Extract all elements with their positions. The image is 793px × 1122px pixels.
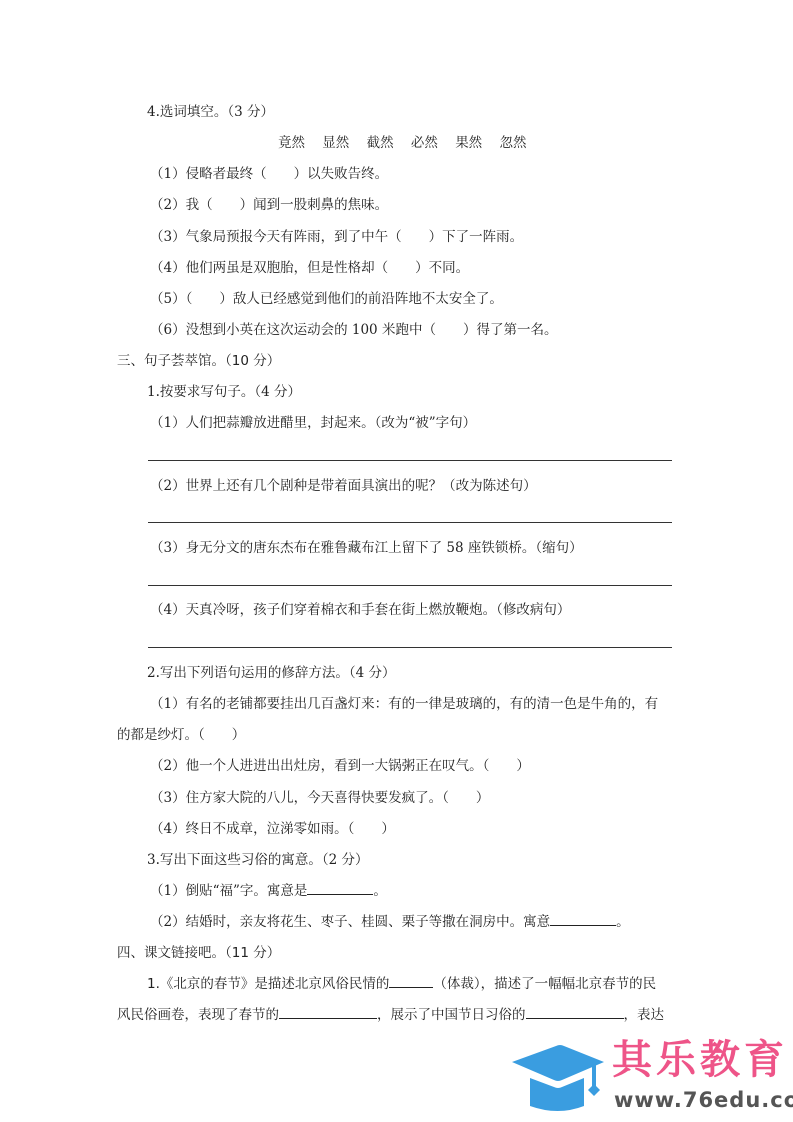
q4-title: 4.选词填空。（3 分） [147,103,274,121]
s3-q3-item-2: （2）结婚时，亲友将花生、枣子、桂圆、栗子等撒在洞房中。寓意。 [150,913,630,931]
s3-q3-item-1-text: （1）倒贴“福”字。寓意是 [150,883,307,899]
graduation-cap-icon [508,1040,608,1120]
section-3-title: 三、句子荟萃馆。（10 分） [117,352,280,370]
s3-q1-item-3: （3）身无分文的唐东杰布在雅鲁藏布江上留下了 58 座铁锁桥。（缩句） [150,539,583,557]
s4-q1-text-2: （体裁），描述了一幅幅北京春节的民 [433,976,656,992]
word-option: 必然 [411,134,438,152]
s3-q2-item-1-line-2: 的都是纱灯。（ ） [117,726,245,744]
s4-q1-line-2: 风民俗画卷，表现了春节的，展示了中国节日习俗的，表达 [117,1006,664,1024]
brand-name: 其乐教育 [612,1038,788,1082]
word-bank: 竟然 显然 截然 必然 果然 忽然 [278,134,539,152]
s3-q1-item-4: （4）天真冷呀，孩子们穿着棉衣和手套在街上燃放鞭炮。（修改病句） [150,601,570,619]
s3-q3-item-2-text: （2）结婚时，亲友将花生、枣子、桂圆、栗子等撒在洞房中。寓意 [150,914,550,930]
s4-q1-line-1: 1.《北京的春节》是描述北京风俗民情的（体裁），描述了一幅幅北京春节的民 [147,975,656,993]
s3-q3-title: 3.写出下面这些习俗的寓意。（2 分） [147,851,369,869]
s3-q2-item-3: （3）住方家大院的八儿，今天喜得快要发疯了。（ ） [150,789,489,807]
fill-blank[interactable] [307,882,373,895]
q4-item-5: （5）（ ）敌人已经感觉到他们的前沿阵地不太安全了。 [150,290,503,308]
word-option: 竟然 [278,134,305,152]
q4-item-2: （2）我（ ）闻到一股刺鼻的焦味。 [150,196,388,214]
s3-q2-item-1-line-1: （1）有名的老铺都要挂出几百盏灯来：有的一律是玻璃的，有的清一色是牛角的，有 [150,695,658,713]
s3-q2-title: 2.写出下列语句运用的修辞方法。（4 分） [147,664,396,682]
word-option: 显然 [322,134,349,152]
answer-line-1[interactable] [148,460,672,461]
s3-q2-item-2: （2）他一个人进进出出灶房，看到一大锅粥正在叹气。（ ） [150,757,530,775]
fill-blank[interactable] [526,1006,624,1019]
s3-q3-item-1-end: 。 [373,883,387,899]
s3-q1-title: 1.按要求写句子。（4 分） [147,383,301,401]
s3-q2-item-4: （4）终日不成章，泣涕零如雨。（ ） [150,820,395,838]
s4-q1-text-4: ，展示了中国节日习俗的 [377,1007,526,1023]
s3-q1-item-2: （2）世界上还有几个剧种是带着面具演出的呢？（改为陈述句） [150,477,537,495]
word-option: 截然 [367,134,394,152]
s3-q3-item-1: （1）倒贴“福”字。寓意是。 [150,882,387,900]
brand-url: www.76edu.com [614,1088,793,1112]
q4-item-1: （1）侵略者最终（ ）以失败告终。 [150,165,388,183]
q4-item-4: （4）他们两虽是双胞胎，但是性格却（ ）不同。 [150,259,469,277]
s3-q3-item-2-end: 。 [616,914,630,930]
word-option: 忽然 [499,134,526,152]
q4-item-3: （3）气象局预报今天有阵雨，到了中午（ ）下了一阵雨。 [150,228,523,246]
brand-logo: 其乐教育 www.76edu.com [508,1036,793,1122]
s4-q1-text-3: 风民俗画卷，表现了春节的 [117,1007,279,1023]
s3-q1-item-1: （1）人们把蒜瓣放进醋里，封起来。（改为“被”字句） [150,414,476,432]
word-option: 果然 [455,134,482,152]
s4-q1-text-5: ，表达 [624,1007,665,1023]
answer-line-4[interactable] [148,647,672,648]
answer-line-2[interactable] [148,522,672,523]
fill-blank-genre[interactable] [389,975,433,988]
s4-q1-text-1: 1.《北京的春节》是描述北京风俗民情的 [147,976,389,992]
section-4-title: 四、课文链接吧。（11 分） [117,944,280,962]
fill-blank[interactable] [550,913,616,926]
fill-blank[interactable] [279,1006,377,1019]
q4-item-6: （6）没想到小英在这次运动会的 100 米跑中（ ）得了第一名。 [150,321,557,339]
answer-line-3[interactable] [148,585,672,586]
